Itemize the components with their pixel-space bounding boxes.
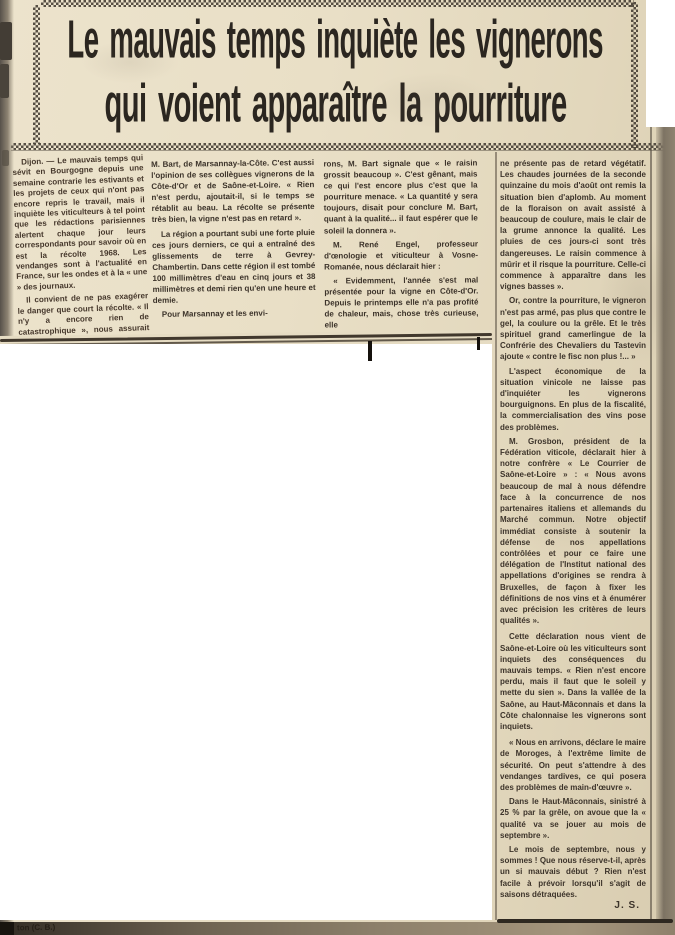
edge-print-fragment bbox=[0, 64, 9, 98]
article-paragraph: La région a pourtant subi une forte plui… bbox=[152, 227, 316, 307]
newspaper-scan-page: Le mauvais temps inquiète les vignerons … bbox=[0, 0, 675, 935]
headline-box: Le mauvais temps inquiète les vignerons … bbox=[33, 0, 638, 151]
checkered-border-bottom bbox=[11, 143, 665, 151]
article-paragraph: L'aspect économique de la situation vini… bbox=[500, 366, 646, 433]
article-paragraph: Dans le Haut-Mâconnais, sinistré à 25 % … bbox=[500, 796, 646, 841]
article-paragraph: « Evidemment, l'année s'est mal présenté… bbox=[324, 274, 478, 331]
article-column-4: ne présente pas de retard végétatif. Les… bbox=[500, 158, 646, 900]
redaction-box-top-right bbox=[646, 0, 675, 127]
bottom-rule bbox=[497, 919, 673, 923]
article-paragraph: Le mois de septembre, nous y sommes ! Qu… bbox=[500, 844, 646, 900]
headline-line-2: qui voient apparaître la pourriture bbox=[41, 74, 630, 134]
checkered-border-top bbox=[41, 0, 634, 7]
article-paragraph: Cette déclaration nous vient de Saône-et… bbox=[500, 631, 646, 732]
stray-ink-mark bbox=[368, 341, 372, 361]
rule-stub-mark bbox=[477, 337, 480, 350]
edge-print-fragment bbox=[2, 150, 9, 166]
article-column-3: rons, M. Bart signale que « le raisin gr… bbox=[323, 157, 478, 333]
headline-text-2: qui voient apparaître la pourriture bbox=[104, 73, 566, 135]
redaction-box-main bbox=[0, 344, 492, 920]
article-paragraph: Dijon. — Le mauvais temps qui sévit en B… bbox=[12, 153, 148, 293]
bottom-edge-text: ton (C. B.) bbox=[17, 923, 55, 933]
scan-right-edge bbox=[656, 0, 675, 935]
checkered-border-right bbox=[631, 2, 638, 148]
article-paragraph: Or, contre la pourriture, le vigneron n'… bbox=[500, 295, 646, 362]
checkered-border-left bbox=[33, 5, 40, 144]
article-paragraph: ne présente pas de retard végétatif. Les… bbox=[500, 158, 646, 292]
column-rule-middle bbox=[495, 152, 497, 920]
headline-line-1: Le mauvais temps inquiète les vignerons bbox=[41, 10, 630, 70]
article-paragraph: M. Bart, de Marsannay-la-Côte. C'est aus… bbox=[151, 157, 315, 226]
article-paragraph: « Nous en arrivons, déclare le maire de … bbox=[500, 737, 646, 793]
article-paragraph: M. René Engel, professeur d'œnologie et … bbox=[324, 238, 478, 272]
scan-bottom-edge: ton (C. B.) bbox=[0, 922, 675, 935]
edge-print-fragment bbox=[0, 922, 14, 935]
article-paragraph: M. Grosbon, président de la Fédération v… bbox=[500, 436, 646, 626]
edge-print-fragment bbox=[0, 22, 12, 60]
article-paragraph: rons, M. Bart signale que « le raisin gr… bbox=[323, 157, 478, 236]
article-paragraph: Pour Marsannay et les envi- bbox=[153, 307, 316, 320]
column-rule-right bbox=[650, 8, 652, 920]
article-column-1: Dijon. — Le mauvais temps qui sévit en B… bbox=[12, 153, 150, 351]
author-signature: J. S. bbox=[500, 900, 640, 911]
headline-text-1: Le mauvais temps inquiète les vignerons bbox=[68, 9, 603, 71]
article-column-2: M. Bart, de Marsannay-la-Côte. C'est aus… bbox=[151, 157, 316, 323]
